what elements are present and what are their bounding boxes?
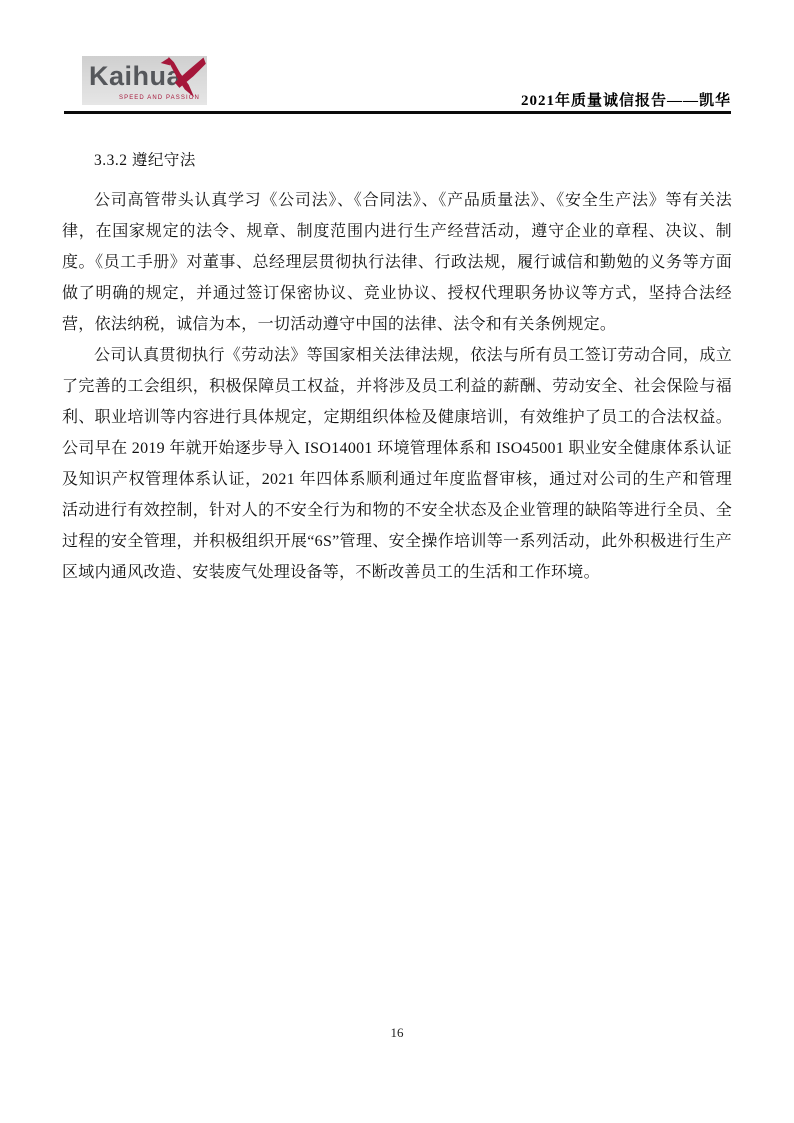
page-footer: 16 bbox=[0, 1024, 794, 1042]
report-title: 2021年质量诚信报告——凯华 bbox=[521, 89, 731, 110]
document-page: Kaihua SPEED AND PASSION 2021年质量诚信报告——凯华… bbox=[0, 0, 794, 1123]
paragraph-labor-law: 公司认真贯彻执行《劳动法》等国家相关法律法规，依法与所有员工签订劳动合同，成立了… bbox=[62, 340, 732, 588]
kaihua-logo: Kaihua SPEED AND PASSION bbox=[82, 56, 207, 105]
logo-tagline: SPEED AND PASSION bbox=[119, 95, 200, 101]
section-heading: 3.3.2 遵纪守法 bbox=[94, 148, 732, 170]
page-number: 16 bbox=[391, 1025, 404, 1040]
hummingbird-icon bbox=[159, 56, 206, 98]
header-divider bbox=[64, 111, 731, 114]
document-body: 3.3.2 遵纪守法 公司高管带头认真学习《公司法》、《合同法》、《产品质量法》… bbox=[62, 148, 732, 588]
paragraph-compliance-laws: 公司高管带头认真学习《公司法》、《合同法》、《产品质量法》、《安全生产法》等有关… bbox=[62, 185, 732, 340]
